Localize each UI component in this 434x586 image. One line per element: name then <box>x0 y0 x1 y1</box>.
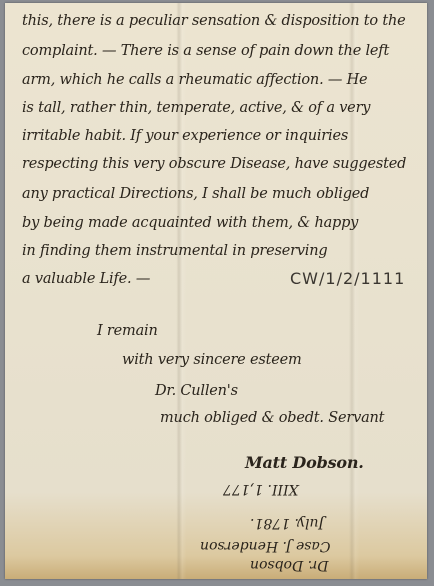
closing-i-remain: I remain <box>97 323 158 339</box>
closing-esteem: with very sincere esteem <box>122 352 302 368</box>
archive-reference: CW/1/2/1111 <box>290 269 405 288</box>
signature: Matt Dobson. <box>245 453 364 472</box>
manuscript-page: this, there is a peculiar sensation & di… <box>5 3 427 579</box>
body-line-9: in finding them instrumental in preservi… <box>22 243 327 259</box>
body-line-8: by being made acquainted with them, & ha… <box>22 215 358 231</box>
body-line-3: arm, which he calls a rheumatic affectio… <box>22 72 367 88</box>
endorsement-date: July. 1781. <box>250 515 324 531</box>
body-line-6: respecting this very obscure Disease, ha… <box>22 156 406 172</box>
body-line-1: this, there is a peculiar sensation & di… <box>22 13 405 29</box>
body-line-4: is tall, rather thin, temperate, active,… <box>22 100 370 116</box>
closing-addressee: Dr. Cullen's <box>155 383 238 399</box>
body-line-10: a valuable Life. — <box>22 271 150 287</box>
endorsement-author: Dr. Dobson <box>250 557 329 573</box>
closing-servant: much obliged & obedt. Servant <box>160 410 384 426</box>
body-line-5: irritable habit. If your experience or i… <box>22 128 348 144</box>
endorsement-number: XIII. 1,177 <box>223 481 299 497</box>
body-line-7: any practical Directions, I shall be muc… <box>22 186 369 202</box>
body-line-2: complaint. — There is a sense of pain do… <box>22 43 389 59</box>
endorsement-case: Case J. Henderson <box>200 538 330 554</box>
